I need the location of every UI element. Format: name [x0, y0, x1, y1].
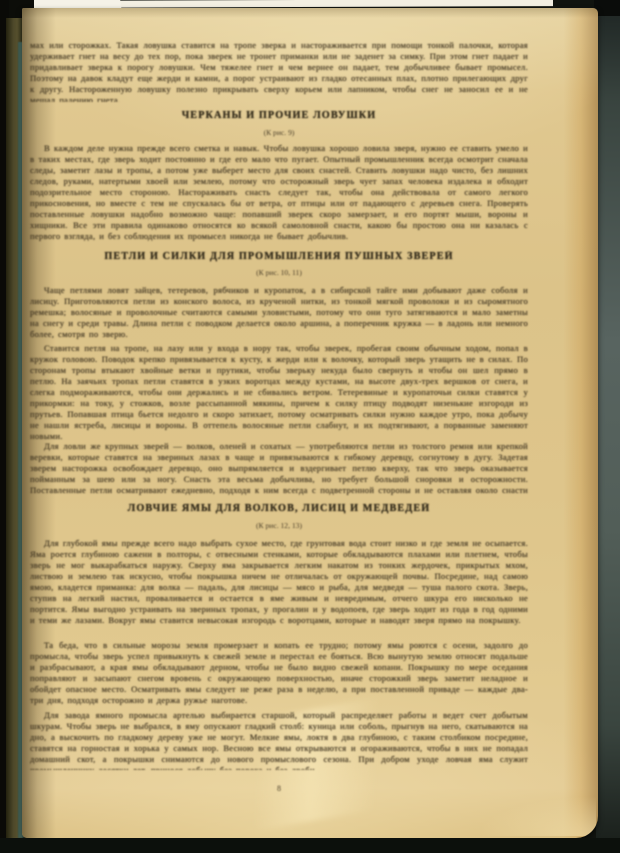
paragraph: Ставится петля на тропе, на лазу или у в…	[30, 343, 528, 440]
paragraph: Для глубокой ямы прежде всего надо выбра…	[30, 538, 528, 635]
paper-shading	[476, 796, 596, 836]
section-heading: ПЕТЛИ И СИЛКИ ДЛЯ ПРОМЫШЛЕНИЯ ПУШНЫХ ЗВЕ…	[30, 251, 528, 262]
section-heading: ЧЕРКАНЫ И ПРОЧИЕ ЛОВУШКИ	[30, 110, 528, 121]
page-number: 8	[30, 784, 528, 794]
figure-reference: (К рис. 9)	[30, 128, 528, 137]
paragraph: В каждом деле нужна прежде всего сметка …	[30, 143, 528, 242]
paragraph: Для ловли же крупных зверей — волков, ол…	[30, 441, 528, 499]
text-column: мах или сторожках. Такая ловушка ставитс…	[30, 40, 528, 794]
paper-shading	[22, 8, 598, 18]
next-page-sliver	[48, 0, 553, 8]
book-page-photo: мах или сторожках. Такая ловушка ставитс…	[0, 0, 620, 853]
figure-reference: (К рис. 12, 13)	[30, 521, 528, 530]
paragraph: Для завода ямного промысла артелью выбир…	[30, 710, 528, 770]
figure-reference: (К рис. 10, 11)	[30, 268, 528, 277]
book-page: мах или сторожках. Такая ловушка ставитс…	[22, 8, 598, 838]
paragraph: Та беда, что в сильные морозы земля пром…	[30, 640, 528, 706]
paragraph-continuation: мах или сторожках. Такая ловушка ставитс…	[30, 40, 528, 102]
photo-frame-bottom	[0, 838, 620, 853]
section-heading: ЛОВЧИЕ ЯМЫ ДЛЯ ВОЛКОВ, ЛИСИЦ И МЕДВЕДЕЙ	[30, 503, 528, 514]
book-cover-edge	[596, 0, 620, 853]
paragraph: Чаще петлями ловят зайцев, тетеревов, ря…	[30, 285, 528, 340]
